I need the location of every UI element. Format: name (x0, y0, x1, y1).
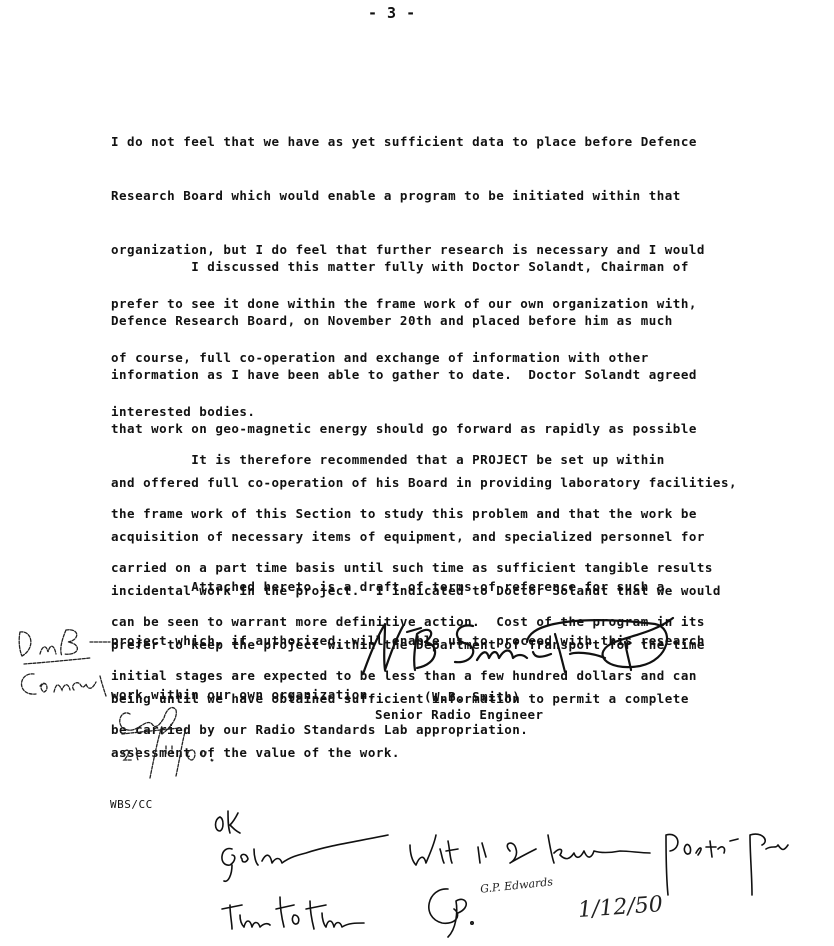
text-line: I discussed this matter fully with Docto… (111, 258, 737, 276)
text-line: I do not feel that we have as yet suffic… (111, 133, 705, 151)
text-line: Research Board which would enable a prog… (111, 187, 705, 205)
text-line: information as I have been able to gathe… (111, 366, 737, 384)
signer-title: Senior Radio Engineer (375, 706, 544, 724)
text-line: Defence Research Board, on November 20th… (111, 312, 737, 330)
text-line: Attached hereto is a draft of terms of r… (111, 578, 705, 596)
text-line: It is therefore recommended that a PROJE… (111, 451, 713, 469)
handwritten-margin-note (10, 618, 240, 788)
handwritten-minute: G.P. Edwards 1/12/50 (210, 805, 810, 945)
signer-name: (W.B. Smith) (424, 688, 520, 706)
document-page: - 3 - I do not feel that we have as yet … (0, 0, 834, 946)
page-number: - 3 - (368, 4, 416, 22)
text-line: the frame work of this Section to study … (111, 505, 713, 523)
reference-initials: WBS/CC (110, 796, 153, 814)
handwritten-signature (355, 612, 685, 682)
